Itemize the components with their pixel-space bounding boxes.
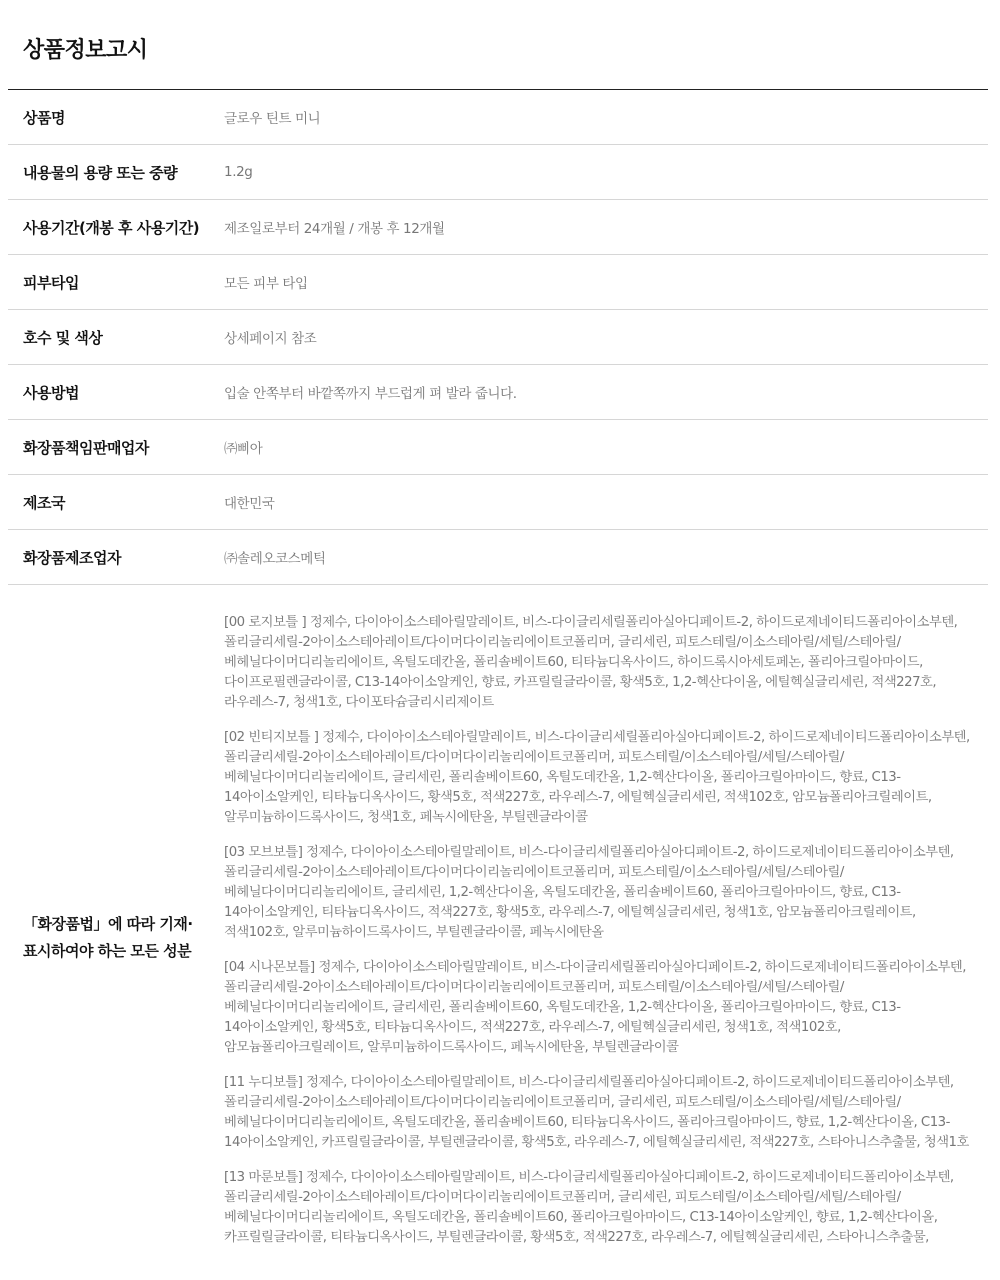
row-label: 내용물의 용량 또는 중량: [8, 162, 209, 183]
info-row-distributor: 화장품책임판매업자 ㈜삐아: [8, 420, 988, 475]
row-label: 사용기간(개봉 후 사용기간): [8, 217, 209, 238]
ingredient-item: [02 빈티지보틀 ] 정제수, 다이아이소스테아릴말레이트, 비스-다이글리세…: [224, 728, 984, 828]
ingredient-item: [04 시나몬보틀] 정제수, 다이아이소스테아릴말레이트, 비스-다이글리세릴…: [224, 958, 984, 1058]
ingredient-item: [03 모브보틀] 정제수, 다이아이소스테아릴말레이트, 비스-다이글리세릴폴…: [224, 843, 984, 943]
info-row-shelf-life: 사용기간(개봉 후 사용기간) 제조일로부터 24개월 / 개봉 후 12개월: [8, 200, 988, 255]
row-value: 제조일로부터 24개월 / 개봉 후 12개월: [209, 217, 445, 237]
ingredients-label: 「화장품법」에 따라 기재· 표시하여야 하는 모든 성분: [8, 911, 209, 965]
product-info-table: 상품명 글로우 틴트 미니 내용물의 용량 또는 중량 1.2g 사용기간(개봉…: [8, 89, 988, 1273]
ingredients-list: [00 로지보틀 ] 정제수, 다이아이소스테아릴말레이트, 비스-다이글리세릴…: [209, 613, 984, 1263]
row-value: ㈜솔레오코스메틱: [209, 547, 326, 567]
ingredients-label-line1: 「화장품법」에 따라 기재·: [23, 915, 193, 933]
ingredient-item: [11 누디보틀] 정제수, 다이아이소스테아릴말레이트, 비스-다이글리세릴폴…: [224, 1073, 984, 1153]
info-row-usage: 사용방법 입술 안쪽부터 바깥쪽까지 부드럽게 펴 발라 줍니다.: [8, 365, 988, 420]
row-label: 제조국: [8, 492, 209, 513]
row-label: 사용방법: [8, 382, 209, 403]
info-row-shade: 호수 및 색상 상세페이지 참조: [8, 310, 988, 365]
row-label: 피부타입: [8, 272, 209, 293]
info-row-product-name: 상품명 글로우 틴트 미니: [8, 90, 988, 145]
row-value: 글로우 틴트 미니: [209, 107, 320, 127]
row-value: 모든 피부 타입: [209, 272, 308, 292]
row-label: 호수 및 색상: [8, 327, 209, 348]
ingredients-label-line2: 표시하여야 하는 모든 성분: [23, 942, 191, 960]
info-row-volume: 내용물의 용량 또는 중량 1.2g: [8, 145, 988, 200]
info-row-ingredients: 「화장품법」에 따라 기재· 표시하여야 하는 모든 성분 [00 로지보틀 ]…: [8, 585, 988, 1273]
row-label: 화장품제조업자: [8, 547, 209, 568]
row-value: 상세페이지 참조: [209, 327, 316, 347]
info-row-manufacturer: 화장품제조업자 ㈜솔레오코스메틱: [8, 530, 988, 585]
row-value: ㈜삐아: [209, 437, 262, 457]
info-row-skin-type: 피부타입 모든 피부 타입: [8, 255, 988, 310]
row-value: 1.2g: [209, 164, 252, 180]
row-label: 상품명: [8, 107, 209, 128]
ingredient-item: [00 로지보틀 ] 정제수, 다이아이소스테아릴말레이트, 비스-다이글리세릴…: [224, 613, 984, 713]
row-value: 입술 안쪽부터 바깥쪽까지 부드럽게 펴 발라 줍니다.: [209, 382, 517, 402]
ingredient-item: [13 마룬보틀] 정제수, 다이아이소스테아릴말레이트, 비스-다이글리세릴폴…: [224, 1168, 984, 1248]
page-title: 상품정보고시: [23, 33, 148, 64]
info-row-country: 제조국 대한민국: [8, 475, 988, 530]
row-label: 화장품책임판매업자: [8, 437, 209, 458]
row-value: 대한민국: [209, 492, 275, 512]
